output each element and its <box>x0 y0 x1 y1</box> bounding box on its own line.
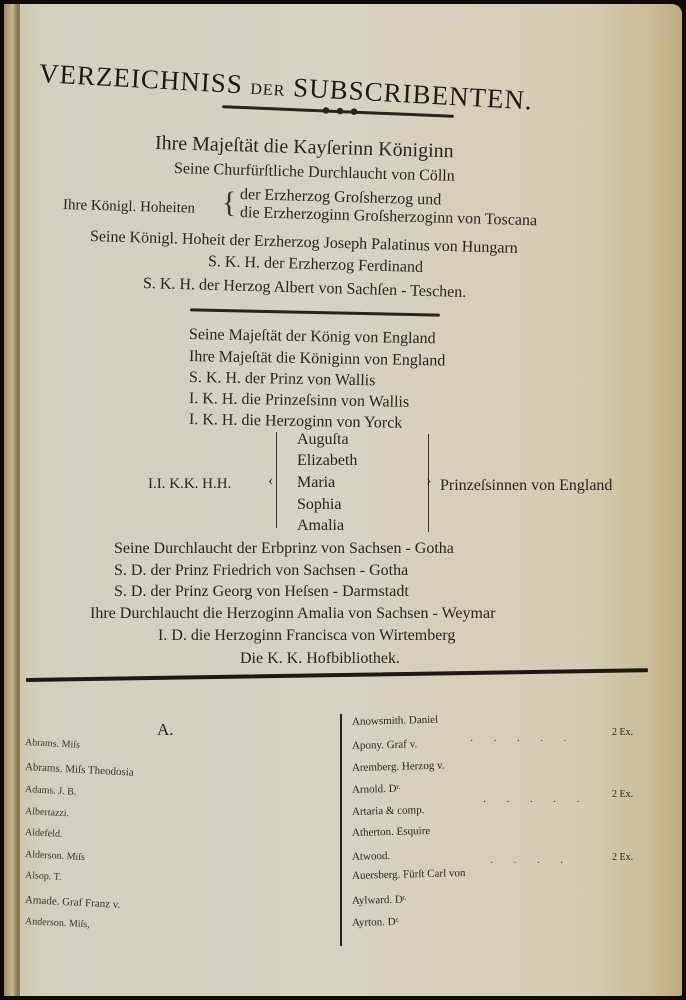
royal-line-friedrich-gotha: S. D. der Prinz Friedrich von Sachsen - … <box>114 562 408 580</box>
princesses-left-brace <box>276 432 277 528</box>
royal-line-amalia-weymar: Ihre Durchlaucht die Herzoginn Amalia vo… <box>90 605 495 623</box>
royal-line-duchess-york: I. K. H. die Herzoginn von Yorck <box>189 411 403 433</box>
subscriber-title-sup: r. <box>396 783 400 791</box>
leader-dots: ···· <box>490 858 583 869</box>
subscriber-entry: Anowsmith. Daniel <box>352 714 438 728</box>
subscriber-entry: Albertazzi. <box>25 806 70 819</box>
subscriber-entry: Atherton. Esquire <box>352 825 430 839</box>
subscriber-name: Arnold. D <box>352 783 397 796</box>
leader-dots: ····· <box>470 736 587 747</box>
subscriber-title-sup: r. <box>395 916 399 924</box>
column-divider <box>340 714 342 946</box>
subscriber-entry: Apony. Graf v. <box>352 738 417 752</box>
royal-line-erbprinz-gotha: Seine Durchlaucht der Erbprinz von Sachs… <box>114 540 454 558</box>
subscriber-entry: Aylward. Dr. <box>352 894 407 907</box>
princesses-label: I.I. K.K. H.H. <box>148 476 231 493</box>
subscriber-name: Aylward. D <box>352 894 403 907</box>
title-der: DER <box>250 81 286 100</box>
brace-point-left: ‹ <box>268 472 273 490</box>
subscriber-entry: Aremberg. Herzog v. <box>352 760 445 774</box>
subscriber-entry: Atwood. <box>352 850 391 863</box>
ornament-knot <box>322 106 358 116</box>
princess-maria: Maria <box>297 474 335 492</box>
princess-augusta: Auguſta <box>297 431 349 449</box>
copies-count: 2 Ex. <box>612 852 633 863</box>
book-spine <box>4 4 18 996</box>
princess-amalia: Amalia <box>297 517 344 535</box>
leader-dots: ····· <box>483 797 600 808</box>
copies-count: 2 Ex. <box>612 789 633 800</box>
subscriber-entry: Aldefeld. <box>25 827 63 840</box>
royal-line-hofbibliothek: Die K. K. Hofbibliothek. <box>240 650 400 668</box>
subscriber-entry: Arnold. Dr. <box>352 783 401 796</box>
brace-point-right: › <box>426 472 431 490</box>
copies-count: 2 Ex. <box>612 727 633 738</box>
subscriber-entry: Artaria & comp. <box>352 804 425 818</box>
subscriber-entry: Ayrton. Dr. <box>352 916 400 929</box>
tuscany-brace: { <box>222 186 236 220</box>
royal-line-princess-wales: I. K. H. die Prinzeſsinn von Wallis <box>189 390 409 412</box>
royal-line-prince-wales: S. K. H. der Prinz von Wallis <box>189 369 376 390</box>
royal-line-francisca-wirtemberg: I. D. die Herzoginn Francisca von Wirtem… <box>158 627 455 645</box>
princesses-suffix: Prinzeſsinnen von England <box>440 477 612 495</box>
gutter-line <box>18 4 20 996</box>
section-letter: A. <box>157 720 174 740</box>
princess-elizabeth: Elizabeth <box>297 452 357 470</box>
princess-sophia: Sophia <box>297 496 341 514</box>
tuscany-label: Ihre Königl. Hoheiten <box>63 197 195 218</box>
royal-line-georg-darmstadt: S. D. der Prinz Georg von Heſsen - Darms… <box>114 583 409 601</box>
subscriber-name: Ayrton. D <box>352 916 396 929</box>
subscriber-title-sup: r. <box>403 894 407 902</box>
subscriber-entry: Alsop. T. <box>25 870 62 883</box>
